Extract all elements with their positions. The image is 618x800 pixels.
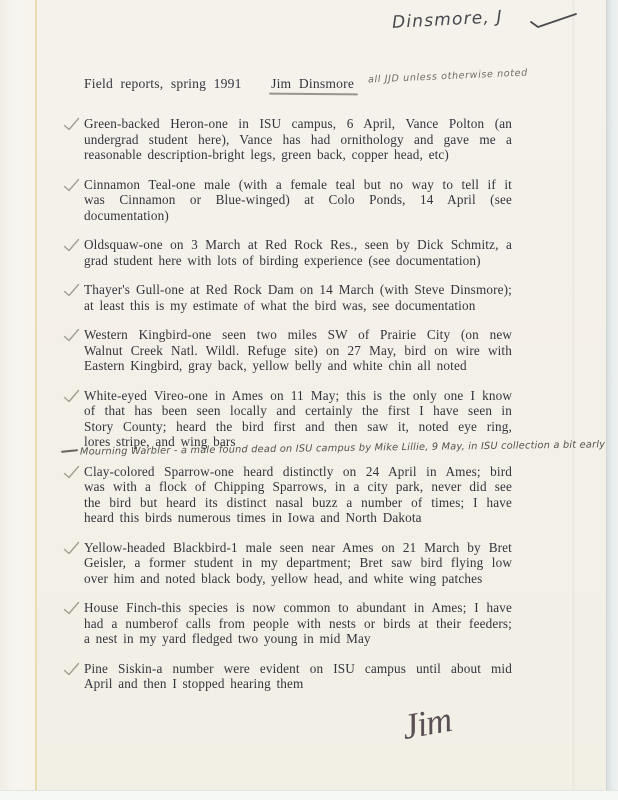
entry-line: Western Kingbird-one seen two miles SW o… (84, 327, 512, 343)
entry-line: was with a flock of Chipping Sparrows, i… (84, 479, 512, 495)
entry-line: the bird but heard its distinct nasal bu… (84, 495, 512, 511)
entry-line: Green-backed Heron-one in ISU campus, 6 … (84, 116, 512, 132)
report-entry: Clay-colored Sparrow-one heard distinctl… (84, 464, 512, 526)
entry-line: heard this birds numerous times in Iowa … (84, 510, 512, 526)
entry-line: a nest in my yard fledged two young in m… (84, 631, 512, 647)
scan-background-bottom-edge (0, 790, 618, 800)
entry-line: Cinnamon Teal-one male (with a female te… (84, 177, 512, 193)
checkmark-icon (63, 178, 80, 192)
checkmark-top-right-icon (528, 10, 580, 32)
report-entry: Oldsquaw-one on 3 March at Red Rock Res.… (84, 237, 512, 268)
entry-line: Story County; heard the bird first and t… (84, 419, 512, 435)
checkmark-icon (63, 465, 80, 479)
entry-line: Yellow-headed Blackbird-1 male seen near… (84, 540, 512, 556)
report-title: Field reports, spring 1991 (84, 76, 242, 91)
checkmark-icon (63, 601, 80, 615)
report-entry: Cinnamon Teal-one male (with a female te… (84, 177, 512, 224)
entry-line: had a numberof calls from people with ne… (84, 616, 512, 632)
paper-left-margin (0, 0, 35, 791)
handwritten-filer-name: Dinsmore, J (392, 7, 504, 33)
entry-line: reasonable description-bright legs, gree… (84, 147, 512, 163)
report-entry: House Finch-this species is now common t… (84, 600, 512, 647)
checkmark-icon (63, 541, 80, 555)
handwritten-header-note: all JJD unless otherwise noted (368, 68, 528, 86)
report-entry: Thayer's Gull-one at Red Rock Dam on 14 … (84, 282, 512, 313)
entry-line: Pine Siskin-a number were evident on ISU… (84, 661, 512, 677)
checkmark-icon (63, 662, 80, 676)
entry-line: over him and noted black body, yellow he… (84, 571, 512, 587)
report-entry: Yellow-headed Blackbird-1 male seen near… (84, 540, 512, 587)
entry-line: Clay-colored Sparrow-one heard distinctl… (84, 464, 512, 480)
scanned-document-page: Dinsmore, J Field reports, spring 1991 J… (0, 0, 618, 800)
entry-line: House Finch-this species is now common t… (84, 600, 512, 616)
entry-line: April and then I stopped hearing them (84, 676, 512, 692)
entries-list: Green-backed Heron-one in ISU campus, 6 … (84, 116, 512, 706)
entry-line: White-eyed Vireo-one in Ames on 11 May; … (84, 388, 512, 404)
report-entry: White-eyed Vireo-one in Ames on 11 May; … (84, 388, 512, 450)
report-author-name: Jim Dinsmore (271, 76, 354, 91)
checkmark-icon (63, 117, 80, 131)
entry-line: Geisler, a former student in my departme… (84, 555, 512, 571)
entry-line: grad student here with lots of birding e… (84, 253, 512, 269)
entry-line: Walnut Creek Natl. Wildl. Refuge site) o… (84, 343, 512, 359)
entry-line: was Cinnamon or Blue-winged) at Colo Pon… (84, 192, 512, 208)
entry-line: at least this is my estimate of what the… (84, 298, 512, 314)
entry-line: documentation) (84, 208, 512, 224)
insertion-mark (61, 449, 78, 452)
report-author: Jim Dinsmore (271, 76, 354, 92)
scan-background-right-edge (606, 0, 618, 800)
paper-fold-line (35, 0, 37, 791)
report-entry: Green-backed Heron-one in ISU campus, 6 … (84, 116, 512, 163)
entry-line: of that has been seen locally and certai… (84, 403, 512, 419)
checkmark-icon (63, 238, 80, 252)
checkmark-icon (63, 283, 80, 297)
entry-line: Eastern Kingbird, gray back, yellow bell… (84, 358, 512, 374)
entry-line: Oldsquaw-one on 3 March at Red Rock Res.… (84, 237, 512, 253)
report-entry: Pine Siskin-a number were evident on ISU… (84, 661, 512, 692)
report-entry: Western Kingbird-one seen two miles SW o… (84, 327, 512, 374)
entry-line: undergrad student here), Vance has had o… (84, 132, 512, 148)
checkmark-icon (63, 389, 80, 403)
checkmark-icon (63, 328, 80, 342)
signature: Jim (399, 698, 455, 748)
entry-line: Thayer's Gull-one at Red Rock Dam on 14 … (84, 282, 512, 298)
report-header: Field reports, spring 1991 Jim Dinsmore (84, 76, 354, 92)
author-underline (269, 92, 358, 95)
paper-crease (572, 0, 575, 791)
